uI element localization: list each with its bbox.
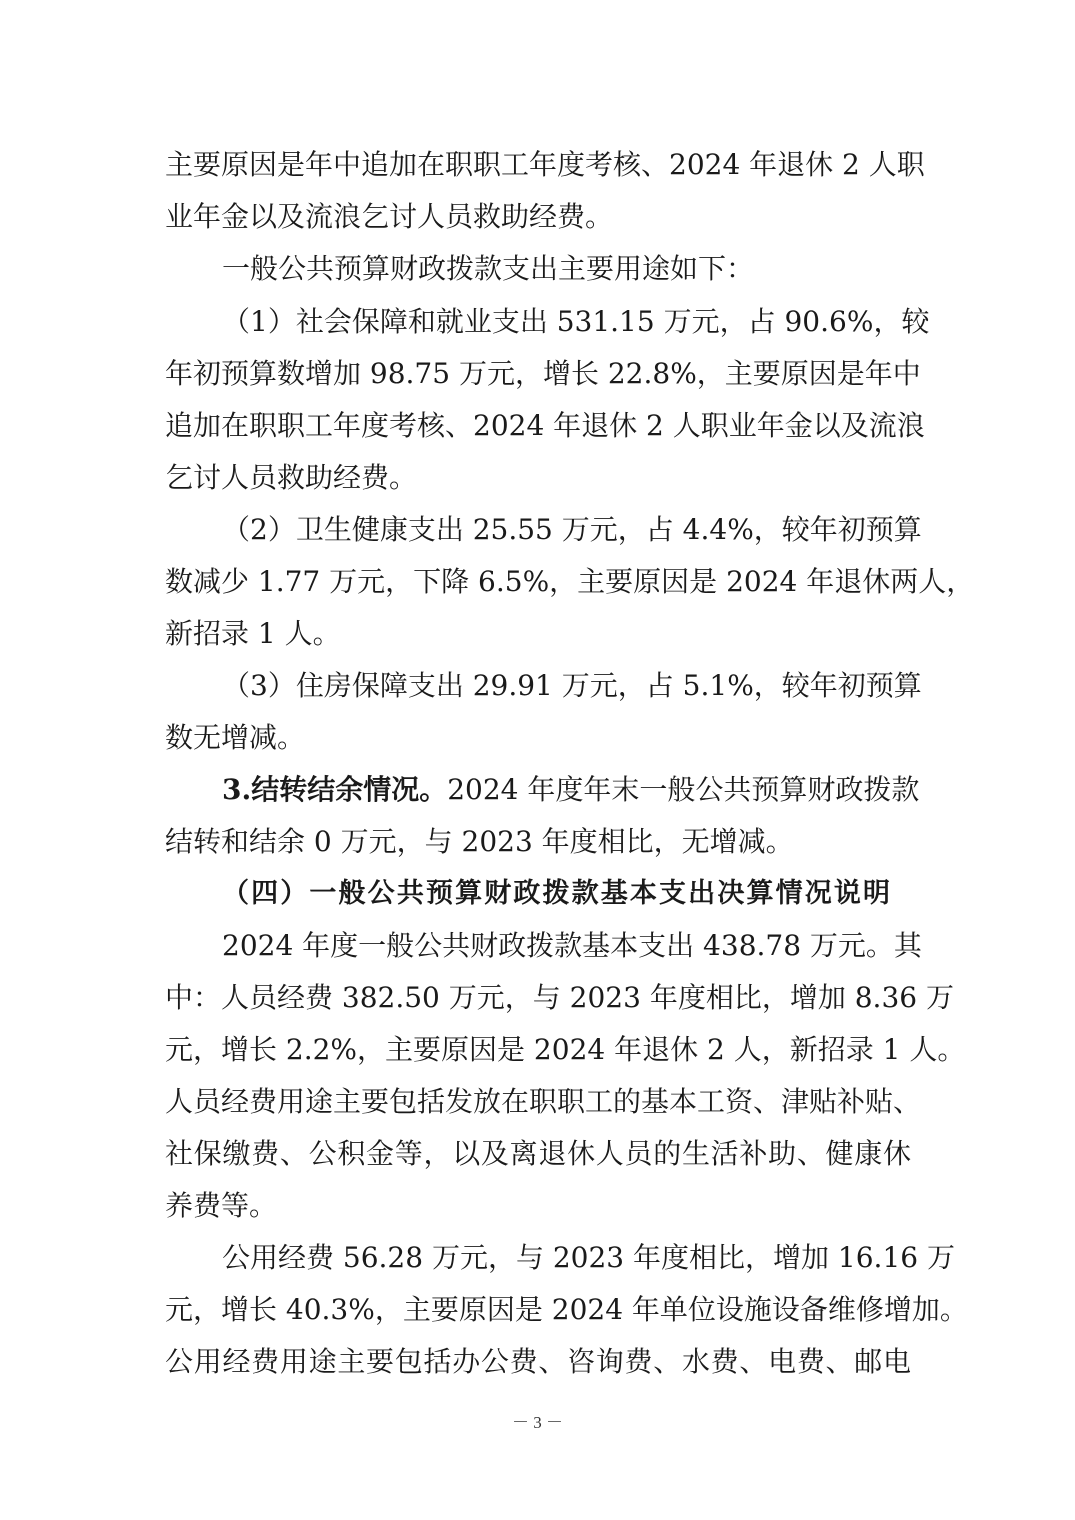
section-lead: 3.结转结余情况。 [222,770,447,810]
text-line: 新招录 1 人。 [165,614,911,654]
text-line: 养费等。 [165,1186,911,1226]
text-line: 业年金以及流浪乞讨人员救助经费。 [165,197,911,237]
text-line: 人员经费用途主要包括发放在职职工的基本工资、津贴补贴、 [165,1082,911,1122]
text-line: 公用经费用途主要包括办公费、咨询费、水费、电费、邮电 [165,1342,911,1382]
text-line: 中：人员经费 382.50 万元，与 2023 年度相比，增加 8.36 万 [165,978,911,1018]
text-line: 数无增减。 [165,718,911,758]
text-line: 3.结转结余情况。2024 年度年末一般公共预算财政拨款 [222,770,911,810]
page-number: － 3 － [0,1408,1075,1433]
text-line: 数减少 1.77 万元，下降 6.5%，主要原因是 2024 年退休两人， [165,562,911,602]
text-line: 公用经费 56.28 万元，与 2023 年度相比，增加 16.16 万 [222,1238,911,1278]
text-line: （1）社会保障和就业支出 531.15 万元，占 90.6%，较 [222,302,911,342]
text-line: （2）卫生健康支出 25.55 万元，占 4.4%，较年初预算 [222,510,911,550]
text-line: 元，增长 2.2%，主要原因是 2024 年退休 2 人，新招录 1 人。 [165,1030,911,1070]
text-line: （3）住房保障支出 29.91 万元，占 5.1%，较年初预算 [222,666,911,706]
text-line: 社保缴费、公积金等，以及离退休人员的生活补助、健康休 [165,1134,911,1174]
text-line: 年初预算数增加 98.75 万元，增长 22.8%，主要原因是年中 [165,354,911,394]
text-line: 元，增长 40.3%，主要原因是 2024 年单位设施设备维修增加。 [165,1290,911,1330]
text-line: 结转和结余 0 万元，与 2023 年度相比，无增减。 [165,822,911,862]
text-line: 2024 年度一般公共财政拨款基本支出 438.78 万元。其 [222,926,911,966]
text-line: 一般公共预算财政拨款支出主要用途如下： [222,249,911,289]
text-line: 主要原因是年中追加在职职工年度考核、2024 年退休 2 人职 [165,145,911,185]
text-line: 乞讨人员救助经费。 [165,458,911,498]
document-page: 主要原因是年中追加在职职工年度考核、2024 年退休 2 人职 业年金以及流浪乞… [0,0,1075,1520]
text-run: 2024 年度年末一般公共预算财政拨款 [447,770,919,810]
section-heading: （四）一般公共预算财政拨款基本支出决算情况说明 [222,874,890,914]
text-line: 追加在职职工年度考核、2024 年退休 2 人职业年金以及流浪 [165,406,911,446]
